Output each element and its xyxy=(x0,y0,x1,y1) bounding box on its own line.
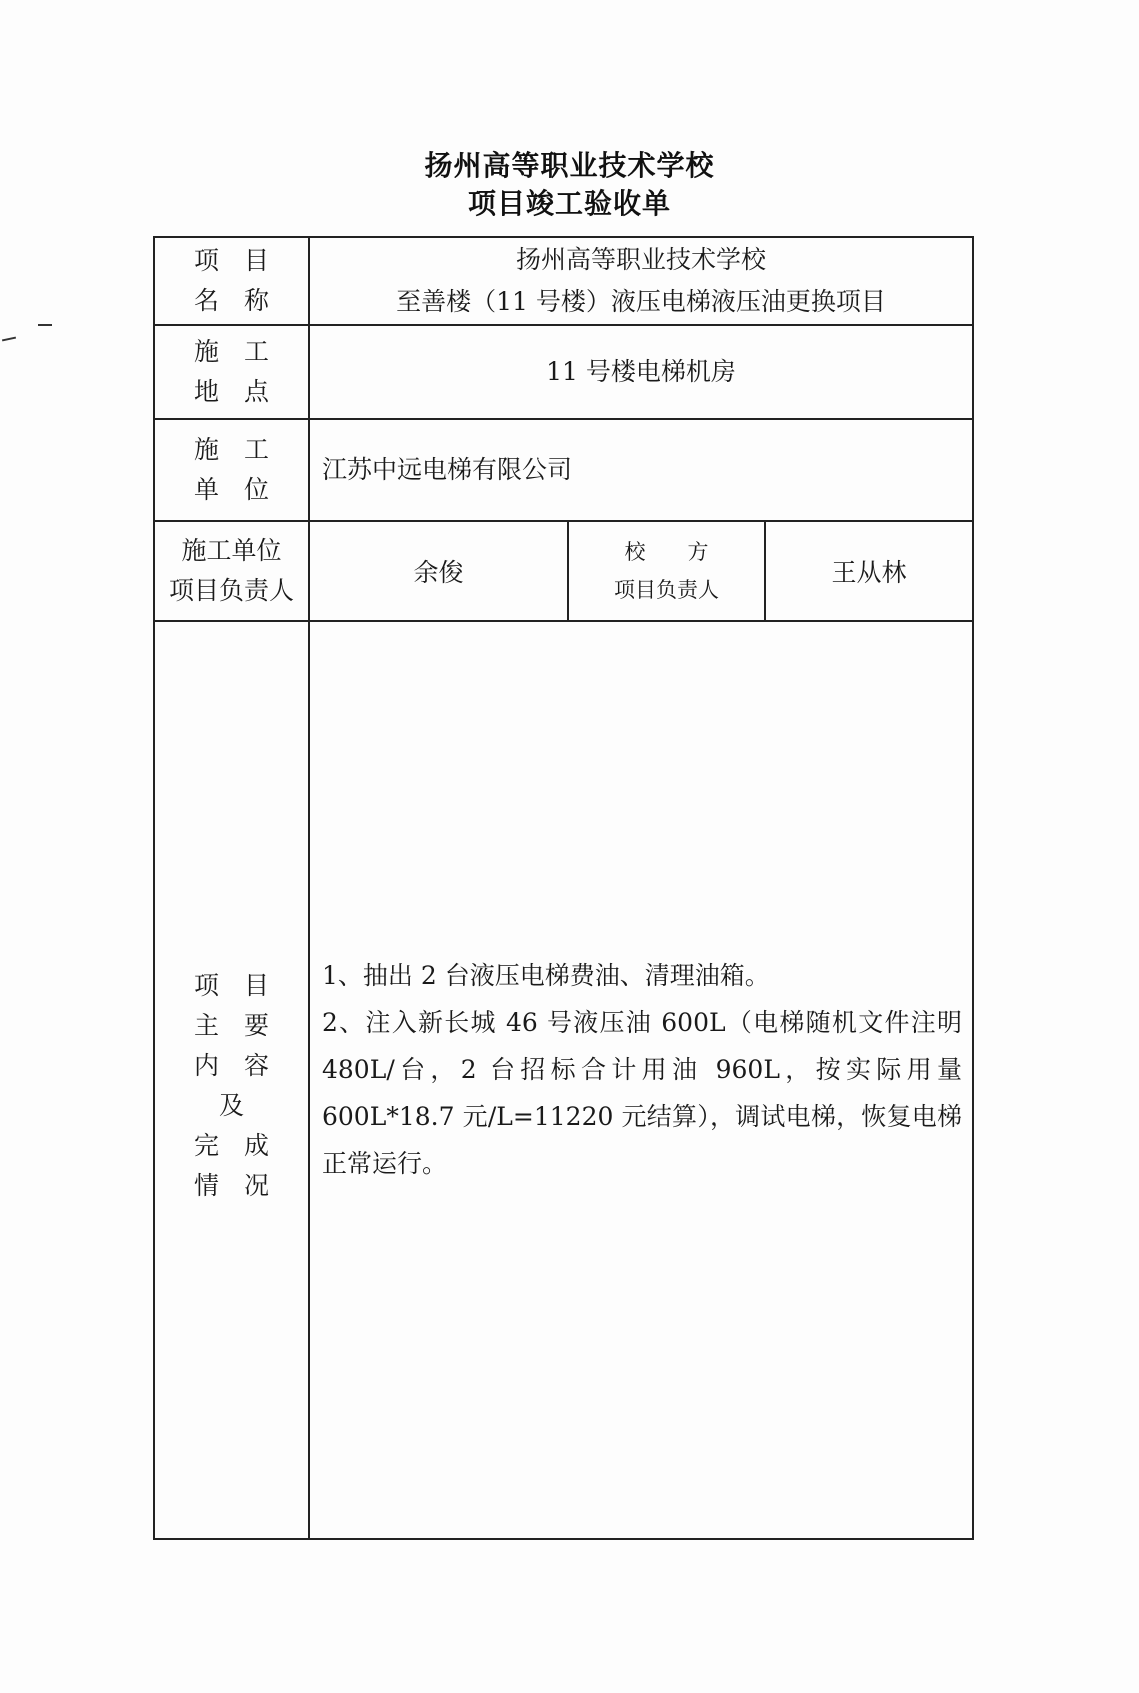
label-line: 项 目 xyxy=(194,241,269,281)
scan-artifact xyxy=(2,337,16,342)
content-item-1: 1、抽出 2 台液压电梯费油、清理油箱。 xyxy=(322,952,962,999)
label-line: 施 工 xyxy=(194,332,269,372)
label-content: 项 目 主 要 内 容 及 完 成 情 况 xyxy=(155,622,310,1538)
row-project-name: 项 目 名 称 扬州高等职业技术学校 至善楼（11 号楼）液压电梯液压油更换项目 xyxy=(155,238,972,326)
label-line: 施工单位 xyxy=(181,531,281,571)
value-project-name: 扬州高等职业技术学校 至善楼（11 号楼）液压电梯液压油更换项目 xyxy=(310,238,972,324)
content-item-2: 2、注入新长城 46 号液压油 600L（电梯随机文件注明 480L/台，2 台… xyxy=(322,999,962,1187)
row-content: 项 目 主 要 内 容 及 完 成 情 况 1、抽出 2 台液压电梯费油、清理油… xyxy=(155,622,972,1538)
label-line: 及 xyxy=(155,1086,308,1126)
project-name-line2: 至善楼（11 号楼）液压电梯液压油更换项目 xyxy=(396,281,886,323)
label-line: 内 容 xyxy=(155,1046,308,1086)
value-contractor-responsible: 余俊 xyxy=(310,522,569,620)
content-description: 1、抽出 2 台液压电梯费油、清理油箱。 2、注入新长城 46 号液压油 600… xyxy=(322,952,962,1187)
label-line: 项 目 xyxy=(155,966,308,1006)
label-line: 单 位 xyxy=(194,470,269,510)
label-project-name: 项 目 名 称 xyxy=(155,238,310,324)
label-line: 校 方 xyxy=(625,533,709,571)
scan-artifact xyxy=(38,324,52,326)
label-line: 情 况 xyxy=(155,1166,308,1206)
document-title-form: 项目竣工验收单 xyxy=(0,182,1139,222)
document-page: 扬州高等职业技术学校 项目竣工验收单 项 目 名 称 扬州高等职业技术学校 至善… xyxy=(0,0,1139,1693)
document-title-school: 扬州高等职业技术学校 xyxy=(0,144,1139,184)
label-line: 地 点 xyxy=(194,372,269,412)
label-line: 项目负责人 xyxy=(169,571,294,611)
label-contractor-responsible: 施工单位 项目负责人 xyxy=(155,522,310,620)
row-responsible: 施工单位 项目负责人 余俊 校 方 项目负责人 王从林 xyxy=(155,522,972,622)
label-line: 完 成 xyxy=(155,1126,308,1166)
label-contractor: 施 工 单 位 xyxy=(155,420,310,520)
label-line: 施 工 xyxy=(194,430,269,470)
value-contractor: 江苏中远电梯有限公司 xyxy=(310,420,972,520)
label-line: 项目负责人 xyxy=(614,571,719,609)
acceptance-form-table: 项 目 名 称 扬州高等职业技术学校 至善楼（11 号楼）液压电梯液压油更换项目… xyxy=(153,236,974,1540)
value-school-responsible: 王从林 xyxy=(766,522,972,620)
label-school-responsible: 校 方 项目负责人 xyxy=(569,522,766,620)
label-line: 主 要 xyxy=(155,1006,308,1046)
row-site: 施 工 地 点 11 号楼电梯机房 xyxy=(155,326,972,420)
label-line: 名 称 xyxy=(194,281,269,321)
project-name-line1: 扬州高等职业技术学校 xyxy=(516,239,766,281)
value-site: 11 号楼电梯机房 xyxy=(310,326,972,418)
row-contractor: 施 工 单 位 江苏中远电梯有限公司 xyxy=(155,420,972,522)
label-site: 施 工 地 点 xyxy=(155,326,310,418)
